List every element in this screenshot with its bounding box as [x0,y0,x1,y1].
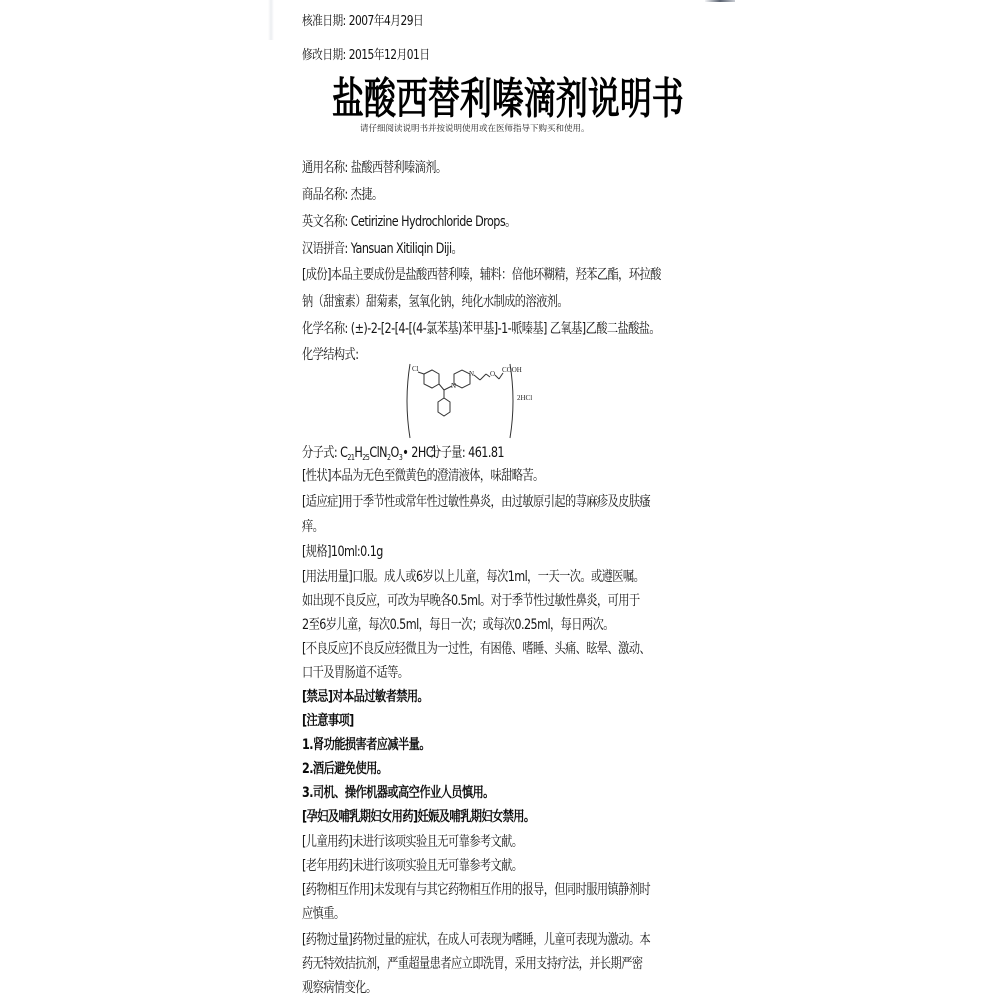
salt-label: 2HCl [517,394,532,402]
chemical-name: 化学名称: (±)-2-[2-[4-[(4-氯苯基)苯甲基]-1-哌嗪基] 乙氧… [302,321,660,337]
geriatric-use: [老年用药]未进行该项实验且无可靠参考文献。 [302,858,522,874]
dosage-line: 2至6岁儿童，每次0.5ml，每日一次；或每次0.25ml，每日两次。 [302,617,614,633]
english-name: 英文名称: Cetirizine Hydrochloride Drops。 [302,214,516,230]
pinyin-name: 汉语拼音: Yansuan Xitiliqin Diji。 [302,241,462,257]
interactions-line: 应慎重。 [302,906,345,922]
chlorine-label: Cl [412,365,419,373]
approval-date: 核准日期: 2007年4月29日 [302,10,423,29]
nitrogen-label: N [451,382,456,390]
dosage-line: [用法用量]口服。成人或6岁以上儿童，每次1ml，一天一次。或遵医嘱。 [302,569,644,585]
document-title: 盐酸西替利嗪滴剂说明书 [332,64,684,126]
precautions-title: [注意事项] [302,713,354,729]
overdose-line: 药无特效拮抗剂，严重超量患者应立即洗胃，采用支持疗法，并长期严密 [302,956,642,972]
package-insert-sheet: 核准日期: 2007年4月29日 修改日期: 2015年12月01日 盐酸西替利… [302,0,702,1000]
carboxylic-acid-label: COOH [502,366,522,374]
interactions-line: [药物相互作用]未发现有与其它药物相互作用的报导，但同时服用镇静剂时 [302,882,650,898]
overdose-line: 观察病情变化。 [302,980,376,996]
contraindications: [禁忌]对本品过敏者禁用。 [302,689,428,705]
approval-date-value: 2007年4月29日 [349,14,424,29]
composition-line: [成份]本品主要成份是盐酸西替利嗪，辅料：倍他环糊精，羟苯乙酯，环拉酸 [302,267,661,283]
document-subtitle: 请仔细阅读说明书并按说明使用或在医师指导下购买和使用。 [360,122,590,134]
adverse-reactions-line: [不良反应]不良反应轻微且为一过性，有困倦、嗜睡、头痛、眩晕、激动、 [302,641,650,657]
scan-edge-shadow [268,0,274,40]
composition-line: 钠（甜蜜素）甜菊素，氢氧化钠，纯化水制成的溶液剂。 [302,294,568,310]
precaution-item: 1.肾功能损害者应减半量。 [302,737,430,753]
indications-line: 痒。 [302,519,323,535]
revision-date: 修改日期: 2015年12月01日 [302,44,430,63]
oxygen-label: O [490,370,495,378]
description: [性状]本品为无色至微黄色的澄清液体，味甜略苦。 [302,468,544,484]
specification: [规格]10ml:0.1g [302,544,383,560]
indications-line: [适应症]用于季节性或常年性过敏性鼻炎，由过敏原引起的荨麻疹及皮肤瘙 [302,494,650,510]
nitrogen-label: N [469,370,474,378]
overdose-line: [药物过量]药物过量的症状，在成人可表现为嗜睡，儿童可表现为激动。本 [302,932,650,948]
revision-date-label: 修改日期: [302,48,346,63]
precaution-item: 2.酒后避免使用。 [302,761,387,777]
pediatric-use: [儿童用药]未进行该项实验且无可靠参考文献。 [302,834,522,850]
revision-date-value: 2015年12月01日 [349,48,430,63]
molecular-weight: 分子量: 461.81 [430,442,504,462]
molecular-formula: 分子式: C21H25ClN2O3• 2HCl [302,442,436,462]
chemical-structure-diagram: Cl N N O COOH 2HCl [402,362,662,440]
structure-label: 化学结构式: [302,347,358,363]
dosage-line: 如出现不良反应，可改为早晚各0.5ml。对于季节性过敏性鼻炎，可用于 [302,593,640,609]
trade-name: 商品名称: 杰捷。 [302,187,383,203]
adverse-reactions-line: 口干及胃肠道不适等。 [302,665,408,681]
pregnancy-lactation: [孕妇及哺乳期妇女用药]妊娠及哺乳期妇女禁用。 [302,809,535,825]
scan-edge-mark [705,0,735,2]
generic-name: 通用名称: 盐酸西替利嗪滴剂。 [302,160,447,176]
approval-date-label: 核准日期: [302,14,346,29]
precaution-item: 3.司机、操作机器或高空作业人员慎用。 [302,785,494,801]
